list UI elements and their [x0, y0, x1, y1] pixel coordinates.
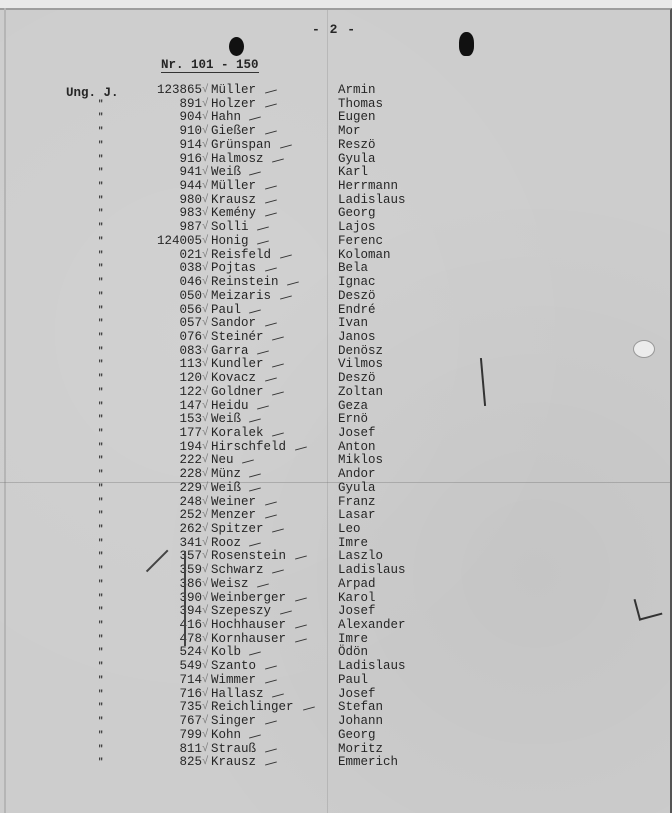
pen-dash-mark	[272, 158, 284, 162]
pen-dash-mark	[280, 144, 292, 148]
check-mark-icon: √	[202, 729, 209, 743]
check-mark-icon: √	[202, 482, 209, 496]
first-name: Geza	[338, 400, 368, 414]
ditto-mark: "	[98, 743, 103, 757]
check-mark-icon: √	[202, 633, 209, 647]
check-mark-icon: √	[202, 386, 209, 400]
list-item: "153√WeißErnö	[0, 413, 672, 427]
check-mark-icon: √	[202, 578, 209, 592]
surname: Grünspan	[211, 139, 271, 153]
ditto-mark: "	[98, 701, 103, 715]
ditto-mark: "	[98, 564, 103, 578]
surname: Kornhauser	[211, 633, 286, 647]
ditto-mark: "	[98, 756, 103, 770]
check-mark-icon: √	[202, 441, 209, 455]
pen-dash-mark	[265, 103, 277, 107]
first-name: Ivan	[338, 317, 368, 331]
ditto-mark: "	[98, 496, 103, 510]
surname: Neu	[211, 454, 234, 468]
first-name: Stefan	[338, 701, 383, 715]
list-item: "549√SzantoLadislaus	[0, 660, 672, 674]
page-number: - 2 -	[312, 22, 356, 37]
first-name: Josef	[338, 427, 376, 441]
pen-dash-mark	[249, 487, 261, 491]
prisoner-number: 904	[179, 111, 202, 125]
prisoner-number: 941	[179, 166, 202, 180]
pen-dash-mark	[249, 652, 261, 656]
check-mark-icon: √	[202, 345, 209, 359]
check-mark-icon: √	[202, 674, 209, 688]
prisoner-number: 113	[179, 358, 202, 372]
ditto-mark: "	[98, 660, 103, 674]
surname: Heidu	[211, 400, 249, 414]
prisoner-number: 390	[179, 592, 202, 606]
check-mark-icon: √	[202, 427, 209, 441]
prisoner-number: 799	[179, 729, 202, 743]
ditto-mark: "	[98, 468, 103, 482]
pen-dash-mark	[265, 748, 277, 752]
list-item: "124005√HonigFerenc	[0, 235, 672, 249]
prisoner-number: 767	[179, 715, 202, 729]
surname: Sandor	[211, 317, 256, 331]
list-item: "524√KolbÖdön	[0, 646, 672, 660]
surname: Krausz	[211, 756, 256, 770]
check-mark-icon: √	[202, 262, 209, 276]
prisoner-number: 153	[179, 413, 202, 427]
first-name: Reszö	[338, 139, 376, 153]
prisoner-number: 983	[179, 207, 202, 221]
prisoner-number: 714	[179, 674, 202, 688]
check-mark-icon: √	[202, 84, 209, 98]
surname: Weisz	[211, 578, 249, 592]
check-mark-icon: √	[202, 235, 209, 249]
punch-hole-right	[459, 32, 474, 56]
ditto-mark: "	[98, 646, 103, 660]
first-name: Imre	[338, 633, 368, 647]
surname: Honig	[211, 235, 249, 249]
check-mark-icon: √	[202, 125, 209, 139]
ditto-mark: "	[98, 633, 103, 647]
list-item: "222√NeuMiklos	[0, 454, 672, 468]
surname: Gießer	[211, 125, 256, 139]
list-item: "147√HeiduGeza	[0, 400, 672, 414]
prisoner-number: 416	[179, 619, 202, 633]
check-mark-icon: √	[202, 619, 209, 633]
surname: Weinberger	[211, 592, 286, 606]
list-item: "390√WeinbergerKarol	[0, 592, 672, 606]
surname: Rooz	[211, 537, 241, 551]
check-mark-icon: √	[202, 592, 209, 606]
list-item: "716√HallaszJosef	[0, 688, 672, 702]
prisoner-number: 341	[179, 537, 202, 551]
check-mark-icon: √	[202, 290, 209, 304]
surname: Wimmer	[211, 674, 256, 688]
surname: Weiß	[211, 166, 241, 180]
ditto-mark: "	[98, 331, 103, 345]
prisoner-number: 980	[179, 194, 202, 208]
list-item: "262√SpitzerLeo	[0, 523, 672, 537]
pen-dash-mark	[272, 364, 284, 368]
pen-dash-mark	[295, 638, 307, 642]
list-item: "416√HochhauserAlexander	[0, 619, 672, 633]
first-name: Johann	[338, 715, 383, 729]
prisoner-number: 046	[179, 276, 202, 290]
prisoner-number: 057	[179, 317, 202, 331]
check-mark-icon: √	[202, 304, 209, 318]
list-item: "120√KovaczDeszö	[0, 372, 672, 386]
prisoner-number: 916	[179, 153, 202, 167]
surname: Münz	[211, 468, 241, 482]
first-name: Franz	[338, 496, 376, 510]
prisoner-number: 914	[179, 139, 202, 153]
prisoner-number: 478	[179, 633, 202, 647]
check-mark-icon: √	[202, 249, 209, 263]
ditto-mark: "	[98, 441, 103, 455]
check-mark-icon: √	[202, 372, 209, 386]
prisoner-number: 147	[179, 400, 202, 414]
pen-dash-mark	[280, 254, 292, 258]
check-mark-icon: √	[202, 98, 209, 112]
pen-dash-mark	[257, 240, 269, 244]
surname: Kohn	[211, 729, 241, 743]
prisoner-number: 120	[179, 372, 202, 386]
check-mark-icon: √	[202, 605, 209, 619]
first-name: Moritz	[338, 743, 383, 757]
prisoner-number: 177	[179, 427, 202, 441]
pen-dash-mark	[265, 378, 277, 382]
surname: Hahn	[211, 111, 241, 125]
surname: Pojtas	[211, 262, 256, 276]
list-item: "359√SchwarzLadislaus	[0, 564, 672, 578]
pen-dash-mark	[272, 432, 284, 436]
list-item: "891√HolzerThomas	[0, 98, 672, 112]
list-item: "914√GrünspanReszö	[0, 139, 672, 153]
list-item: "980√KrauszLadislaus	[0, 194, 672, 208]
surname: Reisfeld	[211, 249, 271, 263]
pen-dash-mark	[265, 268, 277, 272]
pen-dash-mark	[257, 405, 269, 409]
prisoner-number: 229	[179, 482, 202, 496]
pen-dash-mark	[265, 89, 277, 93]
pen-dash-mark	[265, 762, 277, 766]
list-item: "194√HirschfeldAnton	[0, 441, 672, 455]
surname: Garra	[211, 345, 249, 359]
surname: Müller	[211, 180, 256, 194]
first-name: Vilmos	[338, 358, 383, 372]
surname: Kovacz	[211, 372, 256, 386]
prisoner-number: 811	[179, 743, 202, 757]
pen-dash-mark	[242, 460, 254, 464]
check-mark-icon: √	[202, 496, 209, 510]
first-name: Zoltan	[338, 386, 383, 400]
check-mark-icon: √	[202, 317, 209, 331]
pen-dash-mark	[280, 611, 292, 615]
ditto-mark: "	[98, 276, 103, 290]
prisoner-number: 252	[179, 509, 202, 523]
check-mark-icon: √	[202, 537, 209, 551]
ditto-mark: "	[98, 207, 103, 221]
first-name: Anton	[338, 441, 376, 455]
list-item: "987√SolliLajos	[0, 221, 672, 235]
first-name: Ödön	[338, 646, 368, 660]
surname: Szanto	[211, 660, 256, 674]
pen-dash-mark	[272, 528, 284, 532]
list-item: "811√StraußMoritz	[0, 743, 672, 757]
entry-list: 123865√MüllerArmin"891√HolzerThomas"904√…	[0, 84, 672, 770]
prisoner-number: 735	[179, 701, 202, 715]
prisoner-number: 050	[179, 290, 202, 304]
surname: Schwarz	[211, 564, 264, 578]
prisoner-number: 357	[179, 550, 202, 564]
pen-dash-mark	[249, 419, 261, 423]
surname: Weiner	[211, 496, 256, 510]
pen-dash-mark	[265, 666, 277, 670]
surname: Müller	[211, 84, 256, 98]
ditto-mark: "	[98, 345, 103, 359]
list-item: "021√ReisfeldKoloman	[0, 249, 672, 263]
surname: Strauß	[211, 743, 256, 757]
surname: Paul	[211, 304, 241, 318]
prisoner-number: 056	[179, 304, 202, 318]
list-item: "735√ReichlingerStefan	[0, 701, 672, 715]
list-item: "038√PojtasBela	[0, 262, 672, 276]
ditto-mark: "	[98, 482, 103, 496]
pen-dash-mark	[249, 542, 261, 546]
surname: Weiß	[211, 482, 241, 496]
prisoner-number: 825	[179, 756, 202, 770]
first-name: Georg	[338, 729, 376, 743]
list-item: "050√MeizarisDeszö	[0, 290, 672, 304]
list-item: "113√KundlerVilmos	[0, 358, 672, 372]
pen-dash-mark	[265, 186, 277, 190]
list-item: "357√RosensteinLaszlo	[0, 550, 672, 564]
check-mark-icon: √	[202, 413, 209, 427]
ditto-mark: "	[98, 317, 103, 331]
first-name: Endré	[338, 304, 376, 318]
list-item: "341√RoozImre	[0, 537, 672, 551]
first-name: Ladislaus	[338, 194, 406, 208]
surname: Koralek	[211, 427, 264, 441]
prisoner-number: 194	[179, 441, 202, 455]
first-name: Deszö	[338, 290, 376, 304]
first-name: Josef	[338, 605, 376, 619]
first-name: Karol	[338, 592, 376, 606]
pen-dash-mark	[272, 570, 284, 574]
surname: Reinstein	[211, 276, 279, 290]
ditto-mark: "	[98, 619, 103, 633]
check-mark-icon: √	[202, 564, 209, 578]
pen-dash-mark	[265, 323, 277, 327]
pen-dash-mark	[265, 213, 277, 217]
surname: Menzer	[211, 509, 256, 523]
list-item: "252√MenzerLasar	[0, 509, 672, 523]
ditto-mark: "	[98, 729, 103, 743]
prisoner-number: 910	[179, 125, 202, 139]
ditto-mark: "	[98, 427, 103, 441]
list-item: "057√SandorIvan	[0, 317, 672, 331]
list-item: "046√ReinsteinIgnac	[0, 276, 672, 290]
pen-dash-mark	[272, 336, 284, 340]
first-name: Miklos	[338, 454, 383, 468]
first-name: Lajos	[338, 221, 376, 235]
check-mark-icon: √	[202, 194, 209, 208]
surname: Spitzer	[211, 523, 264, 537]
pen-dash-mark	[265, 501, 277, 505]
check-mark-icon: √	[202, 550, 209, 564]
pen-dash-mark	[249, 117, 261, 121]
first-name: Georg	[338, 207, 376, 221]
list-item: "076√SteinérJanos	[0, 331, 672, 345]
pen-dash-mark	[272, 391, 284, 395]
check-mark-icon: √	[202, 523, 209, 537]
pen-dash-mark	[249, 474, 261, 478]
surname: Steinér	[211, 331, 264, 345]
first-name: Ernö	[338, 413, 368, 427]
first-name: Mor	[338, 125, 361, 139]
pen-dash-mark	[303, 707, 315, 711]
ditto-mark: "	[98, 523, 103, 537]
prisoner-number: 549	[179, 660, 202, 674]
first-name: Gyula	[338, 153, 376, 167]
surname: Reichlinger	[211, 701, 294, 715]
check-mark-icon: √	[202, 688, 209, 702]
surname: Rosenstein	[211, 550, 286, 564]
prisoner-number: 248	[179, 496, 202, 510]
pen-dash-mark	[265, 679, 277, 683]
prisoner-number: 716	[179, 688, 202, 702]
check-mark-icon: √	[202, 660, 209, 674]
prisoner-number: 386	[179, 578, 202, 592]
ditto-mark: "	[98, 550, 103, 564]
ditto-mark: "	[98, 290, 103, 304]
list-item: "767√SingerJohann	[0, 715, 672, 729]
list-item: "983√KeményGeorg	[0, 207, 672, 221]
check-mark-icon: √	[202, 468, 209, 482]
surname: Szepeszy	[211, 605, 271, 619]
check-mark-icon: √	[202, 276, 209, 290]
list-item: "714√WimmerPaul	[0, 674, 672, 688]
ditto-mark: "	[98, 139, 103, 153]
pen-dash-mark	[257, 350, 269, 354]
ditto-mark: "	[98, 249, 103, 263]
first-name: Alexander	[338, 619, 406, 633]
pen-dash-mark	[295, 597, 307, 601]
pen-dash-mark	[249, 734, 261, 738]
ditto-mark: "	[98, 688, 103, 702]
check-mark-icon: √	[202, 153, 209, 167]
list-item: "916√HalmoszGyula	[0, 153, 672, 167]
surname: Weiß	[211, 413, 241, 427]
pen-dash-mark	[295, 556, 307, 560]
first-name: Janos	[338, 331, 376, 345]
first-name: Lasar	[338, 509, 376, 523]
first-name: Karl	[338, 166, 368, 180]
prisoner-number: 122	[179, 386, 202, 400]
list-item: "386√WeiszArpad	[0, 578, 672, 592]
list-heading: Nr. 101 - 150	[161, 58, 259, 73]
check-mark-icon: √	[202, 111, 209, 125]
surname: Krausz	[211, 194, 256, 208]
ditto-mark: "	[98, 304, 103, 318]
list-item: "248√WeinerFranz	[0, 496, 672, 510]
list-item: "944√MüllerHerrmann	[0, 180, 672, 194]
surname: Halmosz	[211, 153, 264, 167]
prisoner-number: 021	[179, 249, 202, 263]
surname: Singer	[211, 715, 256, 729]
ditto-mark: "	[98, 537, 103, 551]
first-name: Emmerich	[338, 756, 398, 770]
prisoner-number: 228	[179, 468, 202, 482]
first-name: Koloman	[338, 249, 391, 263]
prisoner-number: 083	[179, 345, 202, 359]
ditto-mark: "	[98, 386, 103, 400]
first-name: Josef	[338, 688, 376, 702]
list-item: "177√KoralekJosef	[0, 427, 672, 441]
surname: Hirschfeld	[211, 441, 286, 455]
prisoner-number: 891	[179, 98, 202, 112]
first-name: Imre	[338, 537, 368, 551]
ditto-mark: "	[98, 592, 103, 606]
first-name: Gyula	[338, 482, 376, 496]
surname: Kolb	[211, 646, 241, 660]
pen-dash-mark	[257, 227, 269, 231]
list-item: 123865√MüllerArmin	[0, 84, 672, 98]
pen-dash-mark	[257, 583, 269, 587]
ditto-mark: "	[98, 111, 103, 125]
pen-dash-mark	[265, 131, 277, 135]
first-name: Leo	[338, 523, 361, 537]
pen-bracket-mark	[184, 551, 186, 646]
ditto-mark: "	[98, 454, 103, 468]
surname: Hallasz	[211, 688, 264, 702]
pen-dash-mark	[295, 625, 307, 629]
ditto-mark: "	[98, 194, 103, 208]
list-item: "056√PaulEndré	[0, 304, 672, 318]
prisoner-number: 038	[179, 262, 202, 276]
prisoner-number: 222	[179, 454, 202, 468]
prisoner-number: 394	[179, 605, 202, 619]
ditto-mark: "	[98, 578, 103, 592]
list-item: "941√WeißKarl	[0, 166, 672, 180]
prisoner-number: 359	[179, 564, 202, 578]
punch-hole-left	[229, 37, 244, 56]
prisoner-number: 124005	[157, 235, 202, 249]
pen-dash-mark	[280, 295, 292, 299]
first-name: Ladislaus	[338, 564, 406, 578]
surname: Solli	[211, 221, 249, 235]
prisoner-number: 524	[179, 646, 202, 660]
check-mark-icon: √	[202, 221, 209, 235]
check-mark-icon: √	[202, 701, 209, 715]
ditto-mark: "	[98, 98, 103, 112]
ditto-mark: "	[98, 125, 103, 139]
ditto-mark: "	[98, 235, 103, 249]
check-mark-icon: √	[202, 166, 209, 180]
prisoner-number: 987	[179, 221, 202, 235]
first-name: Bela	[338, 262, 368, 276]
surname: Meizaris	[211, 290, 271, 304]
first-name: Laszlo	[338, 550, 383, 564]
check-mark-icon: √	[202, 331, 209, 345]
ditto-mark: "	[98, 166, 103, 180]
check-mark-icon: √	[202, 207, 209, 221]
surname: Kemény	[211, 207, 256, 221]
pen-dash-mark	[265, 515, 277, 519]
prisoner-number: 076	[179, 331, 202, 345]
prisoner-number: 262	[179, 523, 202, 537]
list-item: "478√KornhauserImre	[0, 633, 672, 647]
first-name: Ferenc	[338, 235, 383, 249]
